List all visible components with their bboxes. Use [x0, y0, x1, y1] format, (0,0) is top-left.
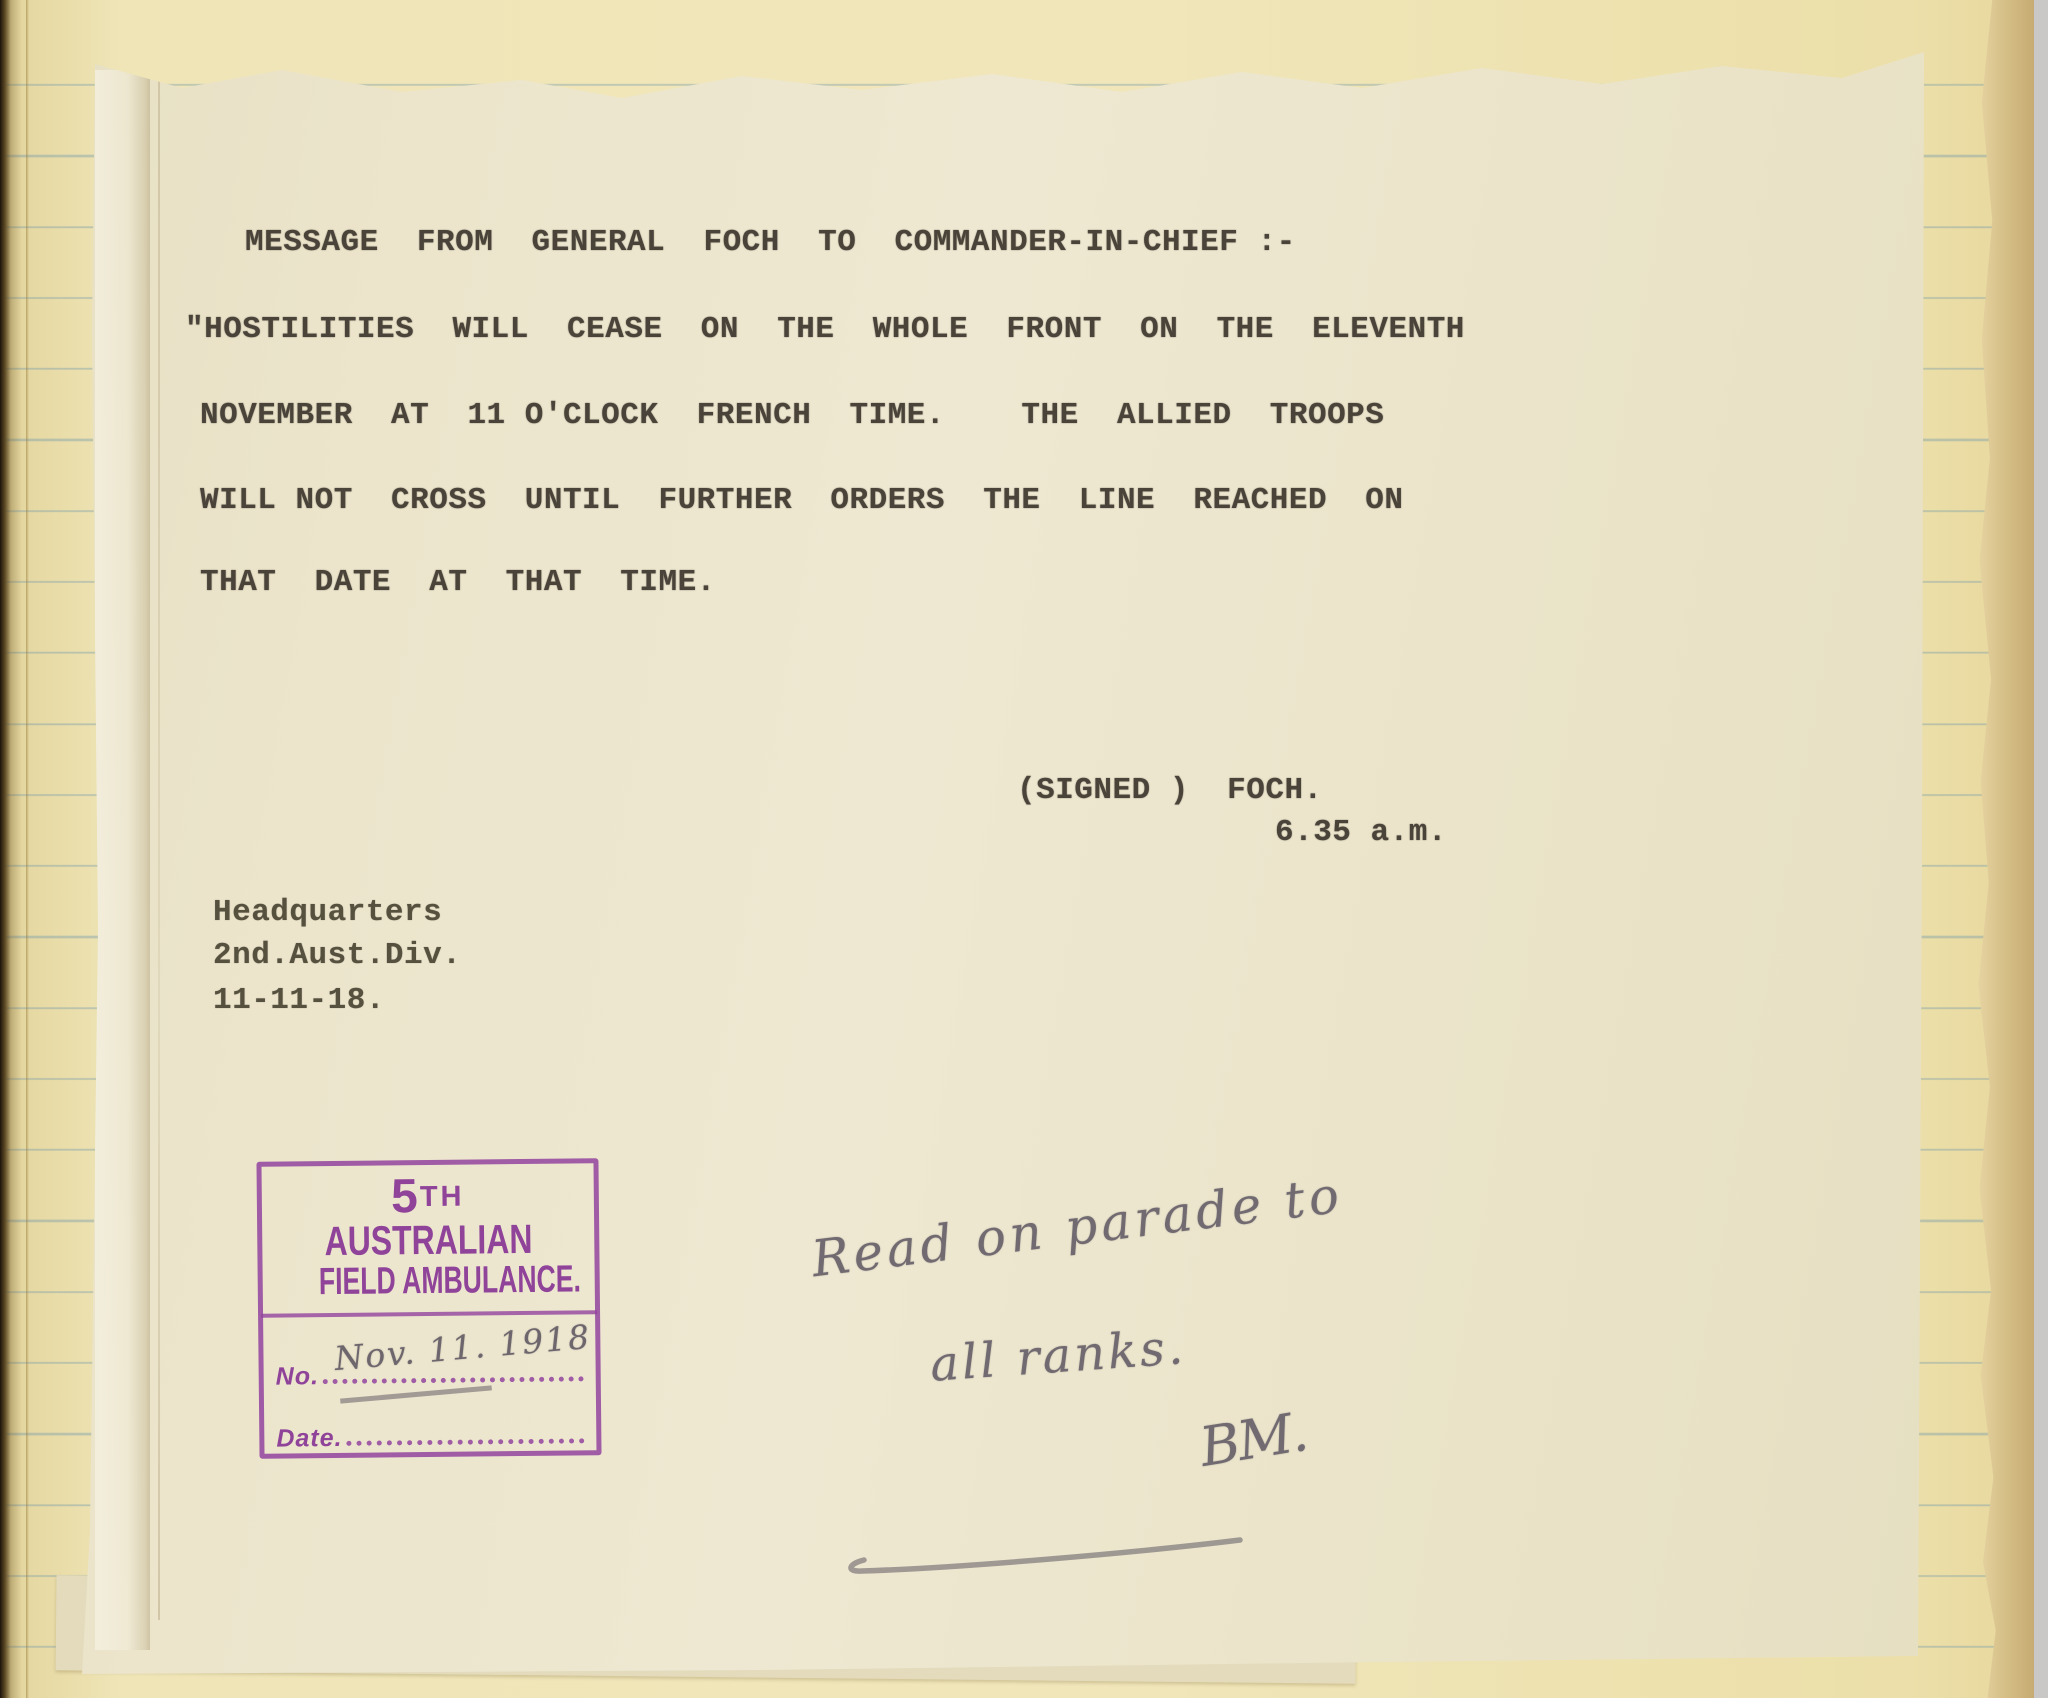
pasted-document: MESSAGE FROM GENERAL FOCH TO COMMANDER-I…: [62, 30, 1928, 1678]
hq-line: 11-11-18.: [213, 983, 385, 1018]
signature-time: 6.35 a.m.: [1275, 815, 1447, 850]
paper-fold-strip: [95, 70, 150, 1650]
paper-crease: [158, 80, 160, 1620]
binding-gutter-shadow: [0, 0, 22, 1698]
handwritten-note-line2: all ranks.: [928, 1319, 1187, 1393]
hq-line: Headquarters: [213, 895, 442, 930]
stamp-unit-number: 5TH: [262, 1173, 594, 1220]
hq-line: 2nd.Aust.Div.: [213, 938, 461, 973]
screenshot-root: { "message": { "lines": [ "MESSAGE FROM …: [0, 0, 2048, 1698]
stamp-heading: 5TH AUSTRALIAN FIELD AMBULANCE.: [262, 1163, 595, 1302]
handwritten-initials: BM.: [1196, 1400, 1311, 1479]
handwritten-note-line1: Read on parade to: [808, 1166, 1345, 1289]
stamp-divider: [261, 1310, 597, 1318]
stamp-line-field-ambulance: FIELD AMBULANCE.: [319, 1259, 581, 1302]
message-line: NOVEMBER AT 11 O'CLOCK FRENCH TIME. THE …: [200, 398, 1384, 433]
dotted-leader: [323, 1375, 584, 1384]
message-line: "HOSTILITIES WILL CEASE ON THE WHOLE FRO…: [185, 312, 1465, 347]
unit-stamp: 5TH AUSTRALIAN FIELD AMBULANCE. No. Date…: [256, 1158, 601, 1459]
signature-line: (SIGNED ) FOCH.: [1017, 773, 1323, 808]
message-line: WILL NOT CROSS UNTIL FURTHER ORDERS THE …: [200, 483, 1404, 518]
pencil-flourish-line: [842, 1518, 1262, 1578]
dotted-leader: [347, 1437, 585, 1445]
stamp-line-australian: AUSTRALIAN: [324, 1218, 532, 1262]
message-line: MESSAGE FROM GENERAL FOCH TO COMMANDER-I…: [245, 225, 1296, 260]
message-line: THAT DATE AT THAT TIME.: [200, 565, 716, 600]
page-edge-line: [26, 0, 29, 1698]
stamp-date-field: Date.: [276, 1421, 586, 1453]
